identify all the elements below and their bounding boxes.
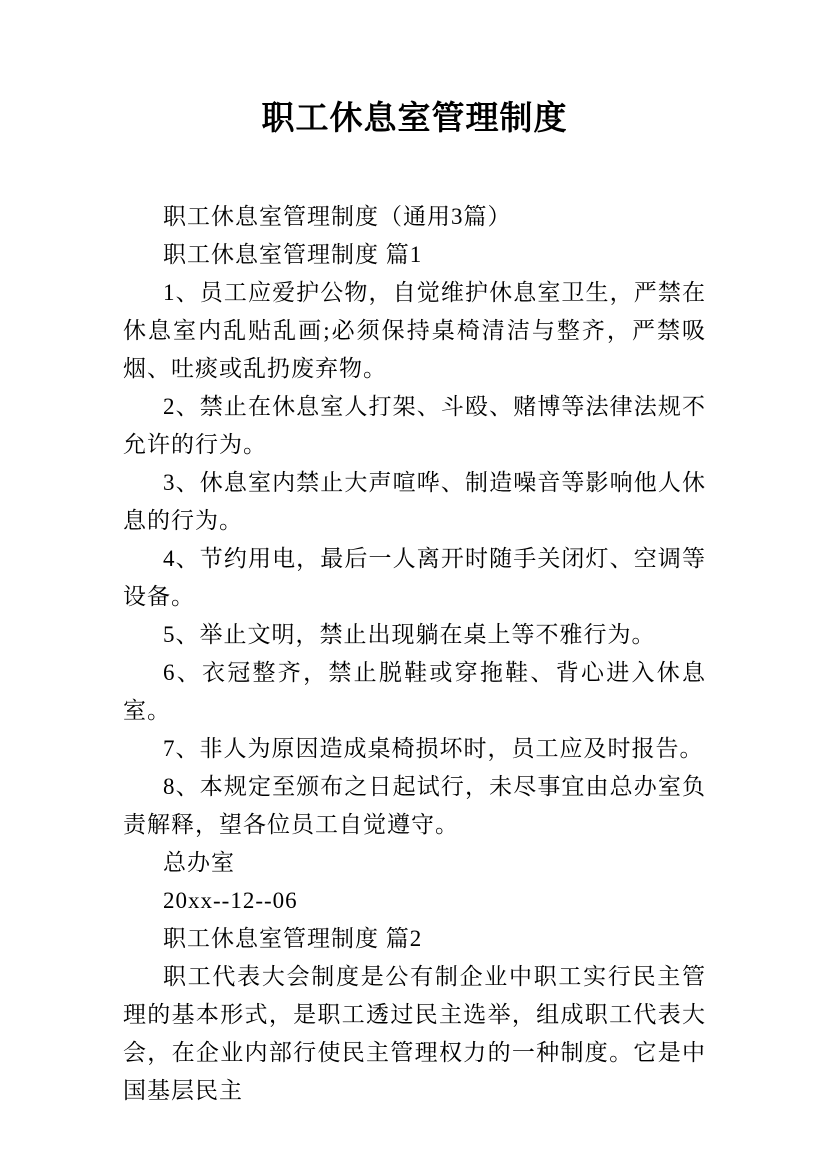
rule-item-4: 4、节约用电，最后一人离开时随手关闭灯、空调等设备。	[123, 540, 706, 616]
rule-item-1: 1、员工应爱护公物，自觉维护休息室卫生，严禁在休息室内乱贴乱画;必须保持桌椅清洁…	[123, 274, 706, 388]
rule-item-5: 5、举止文明，禁止出现躺在桌上等不雅行为。	[123, 616, 706, 654]
rule-item-6: 6、衣冠整齐，禁止脱鞋或穿拖鞋、背心进入休息室。	[123, 654, 706, 730]
signature-office: 总办室	[123, 844, 706, 882]
signature-date: 20xx--12--06	[123, 882, 706, 920]
section1-heading: 职工休息室管理制度 篇1	[123, 236, 706, 274]
page-title: 职工休息室管理制度	[123, 96, 706, 142]
document-page: 职工休息室管理制度 职工休息室管理制度（通用3篇） 职工休息室管理制度 篇1 1…	[0, 0, 827, 1170]
rule-item-3: 3、休息室内禁止大声喧哗、制造噪音等影响他人休息的行为。	[123, 464, 706, 540]
rule-item-2: 2、禁止在休息室人打架、斗殴、赌博等法律法规不允许的行为。	[123, 388, 706, 464]
rule-item-8: 8、本规定至颁布之日起试行，未尽事宜由总办室负责解释，望各位员工自觉遵守。	[123, 768, 706, 844]
rule-item-7: 7、非人为原因造成桌椅损坏时，员工应及时报告。	[123, 730, 706, 768]
section2-heading: 职工休息室管理制度 篇2	[123, 920, 706, 958]
document-body: 职工休息室管理制度（通用3篇） 职工休息室管理制度 篇1 1、员工应爱护公物，自…	[123, 198, 706, 1110]
doc-subtitle: 职工休息室管理制度（通用3篇）	[123, 198, 706, 236]
section2-paragraph: 职工代表大会制度是公有制企业中职工实行民主管理的基本形式，是职工透过民主选举，组…	[123, 958, 706, 1110]
